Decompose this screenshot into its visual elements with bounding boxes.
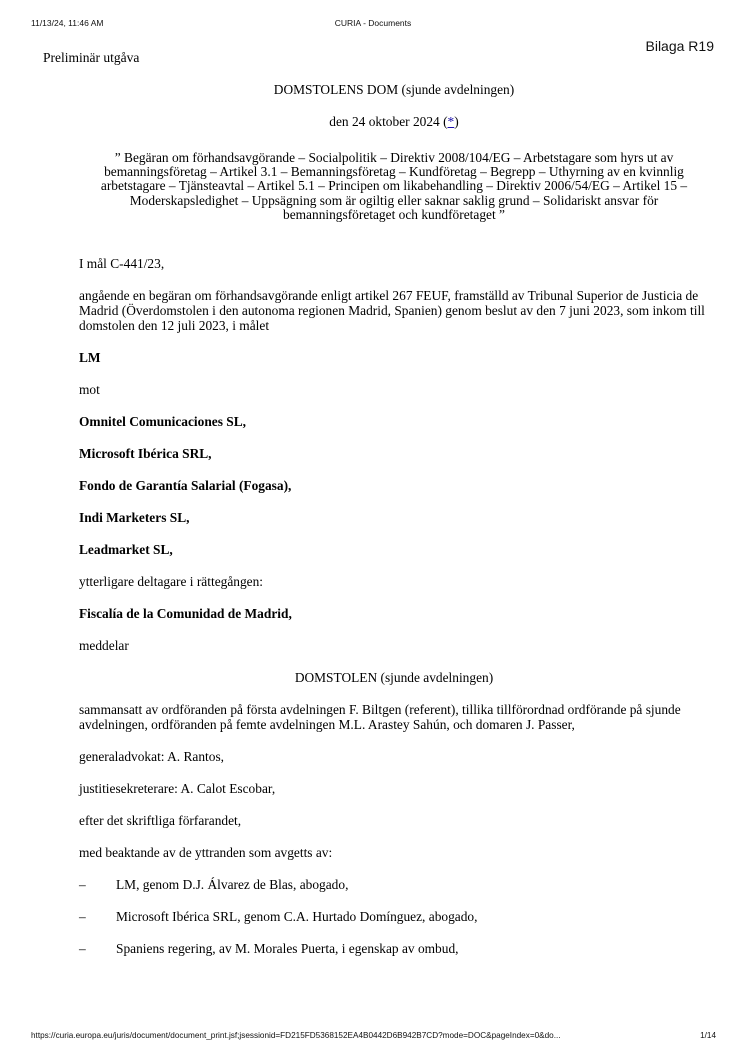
judgment-document: DOMSTOLENS DOM (sjunde avdelningen) den … — [79, 82, 709, 956]
applicant: LM — [79, 350, 709, 365]
delivers-label: meddelar — [79, 638, 709, 653]
observation-text: Spaniens regering, av M. Morales Puerta,… — [116, 941, 709, 956]
defendant: Omnitel Comunicaciones SL, — [79, 414, 709, 429]
advocate-general: generaladvokat: A. Rantos, — [79, 749, 709, 764]
page-indicator: 1/14 — [700, 1031, 716, 1040]
keywords-summary: ” Begäran om förhandsavgörande – Socialp… — [79, 151, 709, 222]
date-text: den 24 oktober 2024 ( — [329, 114, 447, 129]
reference-text: angående en begäran om förhandsavgörande… — [79, 288, 709, 333]
defendant: Microsoft Ibérica SRL, — [79, 446, 709, 461]
observation-item: – Microsoft Ibérica SRL, genom C.A. Hurt… — [79, 909, 709, 924]
other-party: Fiscalía de la Comunidad de Madrid, — [79, 606, 709, 621]
print-url: https://curia.europa.eu/juris/document/d… — [31, 1031, 561, 1040]
edition-label: Preliminär utgåva — [43, 50, 139, 66]
print-header: 11/13/24, 11:46 AM CURIA - Documents — [0, 14, 746, 28]
dash-bullet: – — [79, 941, 116, 956]
observation-item: – Spaniens regering, av M. Morales Puert… — [79, 941, 709, 956]
dash-bullet: – — [79, 909, 116, 924]
other-parties-label: ytterligare deltagare i rättegången: — [79, 574, 709, 589]
defendant: Fondo de Garantía Salarial (Fogasa), — [79, 478, 709, 493]
print-page-title: CURIA - Documents — [0, 18, 746, 28]
court-heading: DOMSTOLEN (sjunde avdelningen) — [79, 670, 709, 685]
registrar: justitiesekreterare: A. Calot Escobar, — [79, 781, 709, 796]
annex-label: Bilaga R19 — [646, 38, 715, 54]
judgment-date: den 24 oktober 2024 (*) — [79, 114, 709, 129]
observation-item: – LM, genom D.J. Álvarez de Blas, abogad… — [79, 877, 709, 892]
case-number: I mål C-441/23, — [79, 256, 709, 271]
date-suffix: ) — [454, 114, 458, 129]
defendant: Indi Marketers SL, — [79, 510, 709, 525]
observations-intro: med beaktande av de yttranden som avgett… — [79, 845, 709, 860]
observation-text: Microsoft Ibérica SRL, genom C.A. Hurtad… — [116, 909, 709, 924]
judgment-heading: DOMSTOLENS DOM (sjunde avdelningen) — [79, 82, 709, 97]
court-composition: sammansatt av ordföranden på första avde… — [79, 702, 709, 732]
defendant: Leadmarket SL, — [79, 542, 709, 557]
dash-bullet: – — [79, 877, 116, 892]
versus-label: mot — [79, 382, 709, 397]
observation-text: LM, genom D.J. Álvarez de Blas, abogado, — [116, 877, 709, 892]
procedure: efter det skriftliga förfarandet, — [79, 813, 709, 828]
